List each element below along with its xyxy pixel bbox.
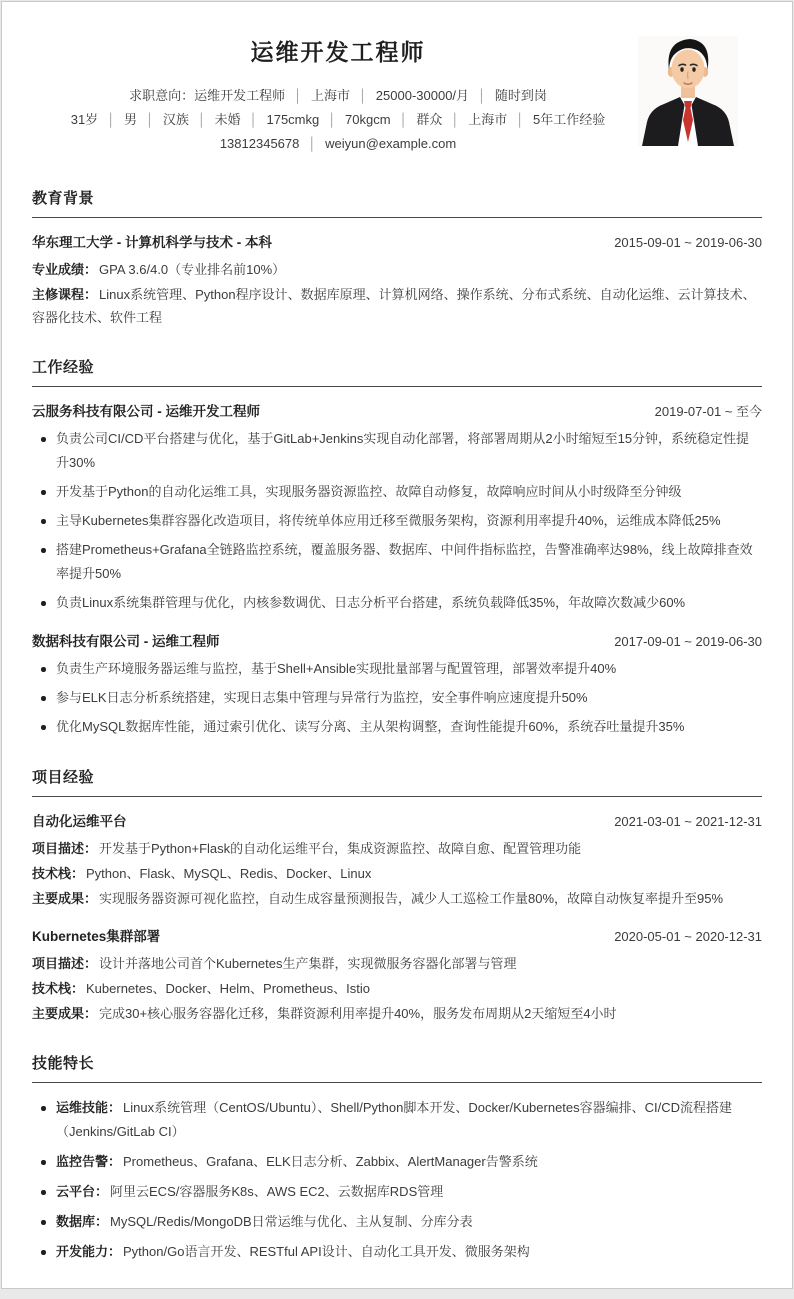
section-skills: 技能特长 运维技能：Linux系统管理（CentOS/Ubuntu）、Shell… (32, 1052, 762, 1264)
entry-head: 云服务科技有限公司 - 运维开发工程师 2019-07-01 ~ 至今 (32, 400, 762, 420)
separator: │ (285, 89, 311, 103)
skill-item: 运维技能：Linux系统管理（CentOS/Ubuntu）、Shell/Pyth… (32, 1096, 762, 1144)
detail-label: 项目描述： (32, 841, 97, 856)
entry-title: Kubernetes集群部署 (32, 925, 160, 945)
resume-header: 运维开发工程师 求职意向：运维开发工程师│上海市│25000-30000/月│随… (32, 34, 762, 160)
bullet-item: 主导Kubernetes集群容器化改造项目，将传统单体应用迁移至微服务架构，资源… (32, 509, 762, 533)
detail-text: 设计并落地公司首个Kubernetes生产集群，实现微服务容器化部署与管理 (99, 956, 517, 971)
entry-title: 云服务科技有限公司 - 运维开发工程师 (32, 400, 260, 420)
project-entry: Kubernetes集群部署 2020-05-01 ~ 2020-12-31 项… (32, 925, 762, 1025)
work-bullet-list: 负责公司CI/CD平台搭建与优化，基于GitLab+Jenkins实现自动化部署… (32, 427, 762, 615)
skill-text: MySQL/Redis/MongoDB日常运维与优化、主从复制、分库分表 (110, 1214, 473, 1229)
detail-label: 主修课程： (32, 287, 97, 302)
separator: │ (391, 113, 417, 127)
separator: │ (241, 113, 267, 127)
projects-heading: 项目经验 (32, 766, 762, 797)
skill-label: 开发能力： (56, 1244, 121, 1259)
detail-text: 完成30+核心服务容器化迁移，集群资源利用率提升40%，服务发布周期从2天缩短至… (99, 1006, 617, 1021)
entry-head: Kubernetes集群部署 2020-05-01 ~ 2020-12-31 (32, 925, 762, 945)
detail-label: 专业成绩： (32, 262, 97, 277)
separator: │ (189, 113, 215, 127)
skill-label: 监控告警： (56, 1154, 121, 1169)
personal-info-value: 70kgcm (345, 112, 391, 127)
resume-page: 运维开发工程师 求职意向：运维开发工程师│上海市│25000-30000/月│随… (1, 1, 793, 1289)
job-intent-label: 求职意向： (129, 88, 194, 103)
bullet-item: 开发基于Python的自动化运维工具，实现服务器资源监控、故障自动修复，故障响应… (32, 480, 762, 504)
detail-label: 主要成果： (32, 891, 97, 906)
section-projects: 项目经验 自动化运维平台 2021-03-01 ~ 2021-12-31 项目描… (32, 766, 762, 1025)
detail-line: 主修课程：Linux系统管理、Python程序设计、数据库原理、计算机网络、操作… (32, 283, 762, 329)
entry-title: 数据科技有限公司 - 运维工程师 (32, 630, 220, 650)
section-education: 教育背景 华东理工大学 - 计算机科学与技术 - 本科 2015-09-01 ~… (32, 187, 762, 329)
separator: │ (350, 89, 376, 103)
header-text: 运维开发工程师 求职意向：运维开发工程师│上海市│25000-30000/月│随… (32, 34, 644, 156)
detail-line: 主要成果：完成30+核心服务容器化迁移，集群资源利用率提升40%，服务发布周期从… (32, 1002, 762, 1025)
skill-item: 监控告警：Prometheus、Grafana、ELK日志分析、Zabbix、A… (32, 1150, 762, 1174)
skill-text: 阿里云ECS/容器服务K8s、AWS EC2、云数据库RDS管理 (110, 1184, 443, 1199)
personal-info-line: 31岁│男│汉族│未婚│175cmkg│70kgcm│群众│上海市│5年工作经验… (32, 108, 644, 132)
contact-value: weiyun@example.com (325, 136, 456, 151)
personal-info-value: 5年工作经验 (533, 112, 605, 127)
entry-date: 2017-09-01 ~ 2019-06-30 (614, 634, 762, 649)
work-bullet-list: 负责生产环境服务器运维与监控，基于Shell+Ansible实现批量部署与配置管… (32, 657, 762, 739)
detail-label: 技术栈： (32, 866, 84, 881)
detail-line: 技术栈：Kubernetes、Docker、Helm、Prometheus、Is… (32, 977, 762, 1000)
bullet-item: 负责Linux系统集群管理与优化，内核参数调优、日志分析平台搭建，系统负载降低3… (32, 591, 762, 615)
skills-heading: 技能特长 (32, 1052, 762, 1083)
skill-item: 云平台：阿里云ECS/容器服务K8s、AWS EC2、云数据库RDS管理 (32, 1180, 762, 1204)
entry-date: 2020-05-01 ~ 2020-12-31 (614, 929, 762, 944)
resume-title: 运维开发工程师 (32, 34, 644, 67)
detail-line: 项目描述：设计并落地公司首个Kubernetes生产集群，实现微服务容器化部署与… (32, 952, 762, 975)
detail-label: 技术栈： (32, 981, 84, 996)
detail-line: 项目描述：开发基于Python+Flask的自动化运维平台，集成资源监控、故障自… (32, 837, 762, 860)
detail-label: 主要成果： (32, 1006, 97, 1021)
work-entry: 数据科技有限公司 - 运维工程师 2017-09-01 ~ 2019-06-30… (32, 630, 762, 739)
separator: │ (319, 113, 345, 127)
work-entry: 云服务科技有限公司 - 运维开发工程师 2019-07-01 ~ 至今 负责公司… (32, 400, 762, 615)
entry-head: 华东理工大学 - 计算机科学与技术 - 本科 2015-09-01 ~ 2019… (32, 231, 762, 251)
detail-label: 项目描述： (32, 956, 97, 971)
profile-photo (638, 36, 738, 146)
job-intent-value: 运维开发工程师 (194, 88, 285, 103)
separator: │ (507, 113, 533, 127)
entry-date: 2021-03-01 ~ 2021-12-31 (614, 814, 762, 829)
personal-info-value: 31岁 (71, 112, 98, 127)
detail-line: 技术栈：Python、Flask、MySQL、Redis、Docker、Linu… (32, 862, 762, 885)
personal-info-value: 汉族 (163, 112, 189, 127)
bullet-item: 搭建Prometheus+Grafana全链路监控系统，覆盖服务器、数据库、中间… (32, 538, 762, 586)
work-heading: 工作经验 (32, 356, 762, 387)
skill-label: 云平台： (56, 1184, 108, 1199)
separator: │ (98, 113, 124, 127)
bullet-item: 负责生产环境服务器运维与监控，基于Shell+Ansible实现批量部署与配置管… (32, 657, 762, 681)
detail-text: 实现服务器资源可视化监控，自动生成容量预测报告，减少人工巡检工作量80%，故障自… (99, 891, 723, 906)
skill-text: Python/Go语言开发、RESTful API设计、自动化工具开发、微服务架… (123, 1244, 530, 1259)
skills-list: 运维技能：Linux系统管理（CentOS/Ubuntu）、Shell/Pyth… (32, 1096, 762, 1264)
detail-text: Python、Flask、MySQL、Redis、Docker、Linux (86, 866, 371, 881)
entry-date: 2019-07-01 ~ 至今 (655, 401, 762, 420)
separator: │ (442, 113, 468, 127)
job-intent-value: 上海市 (311, 88, 350, 103)
detail-line: 主要成果：实现服务器资源可视化监控，自动生成容量预测报告，减少人工巡检工作量80… (32, 887, 762, 910)
education-heading: 教育背景 (32, 187, 762, 218)
education-entry: 华东理工大学 - 计算机科学与技术 - 本科 2015-09-01 ~ 2019… (32, 231, 762, 329)
separator: │ (137, 113, 163, 127)
job-intent-line: 求职意向：运维开发工程师│上海市│25000-30000/月│随时到岗│ (32, 84, 644, 108)
job-intent-value: 25000-30000/月 (376, 88, 469, 103)
section-work: 工作经验 云服务科技有限公司 - 运维开发工程师 2019-07-01 ~ 至今… (32, 356, 762, 739)
skill-label: 运维技能： (56, 1100, 121, 1115)
personal-info-value: 175cmkg (266, 112, 319, 127)
bullet-item: 负责公司CI/CD平台搭建与优化，基于GitLab+Jenkins实现自动化部署… (32, 427, 762, 475)
personal-info-value: 男 (124, 112, 137, 127)
detail-text: Linux系统管理、Python程序设计、数据库原理、计算机网络、操作系统、分布… (32, 287, 756, 325)
detail-text: GPA 3.6/4.0（专业排名前10%） (99, 262, 285, 277)
personal-info-value: 上海市 (468, 112, 507, 127)
detail-text: 开发基于Python+Flask的自动化运维平台，集成资源监控、故障自愈、配置管… (99, 841, 581, 856)
personal-info-value: 群众 (416, 112, 442, 127)
skill-text: Linux系统管理（CentOS/Ubuntu）、Shell/Python脚本开… (56, 1100, 732, 1139)
bullet-item: 优化MySQL数据库性能，通过索引优化、读写分离、主从架构调整，查询性能提升60… (32, 715, 762, 739)
contact-value: 13812345678 (220, 136, 300, 151)
skill-item: 数据库：MySQL/Redis/MongoDB日常运维与优化、主从复制、分库分表 (32, 1210, 762, 1234)
entry-date: 2015-09-01 ~ 2019-06-30 (614, 235, 762, 250)
entry-title: 华东理工大学 - 计算机科学与技术 - 本科 (32, 231, 272, 251)
separator: │ (299, 137, 325, 151)
skill-item: 开发能力：Python/Go语言开发、RESTful API设计、自动化工具开发… (32, 1240, 762, 1264)
bullet-item: 参与ELK日志分析系统搭建，实现日志集中管理与异常行为监控，安全事件响应速度提升… (32, 686, 762, 710)
entry-head: 数据科技有限公司 - 运维工程师 2017-09-01 ~ 2019-06-30 (32, 630, 762, 650)
job-intent-value: 随时到岗 (495, 88, 547, 103)
entry-head: 自动化运维平台 2021-03-01 ~ 2021-12-31 (32, 810, 762, 830)
detail-text: Kubernetes、Docker、Helm、Prometheus、Istio (86, 981, 370, 996)
entry-title: 自动化运维平台 (32, 810, 127, 830)
skill-label: 数据库： (56, 1214, 108, 1229)
detail-line: 专业成绩：GPA 3.6/4.0（专业排名前10%） (32, 258, 762, 281)
separator: │ (469, 89, 495, 103)
skill-text: Prometheus、Grafana、ELK日志分析、Zabbix、AlertM… (123, 1154, 538, 1169)
personal-info-value: 未婚 (215, 112, 241, 127)
contact-line: 13812345678│weiyun@example.com│ (32, 132, 644, 156)
project-entry: 自动化运维平台 2021-03-01 ~ 2021-12-31 项目描述：开发基… (32, 810, 762, 910)
